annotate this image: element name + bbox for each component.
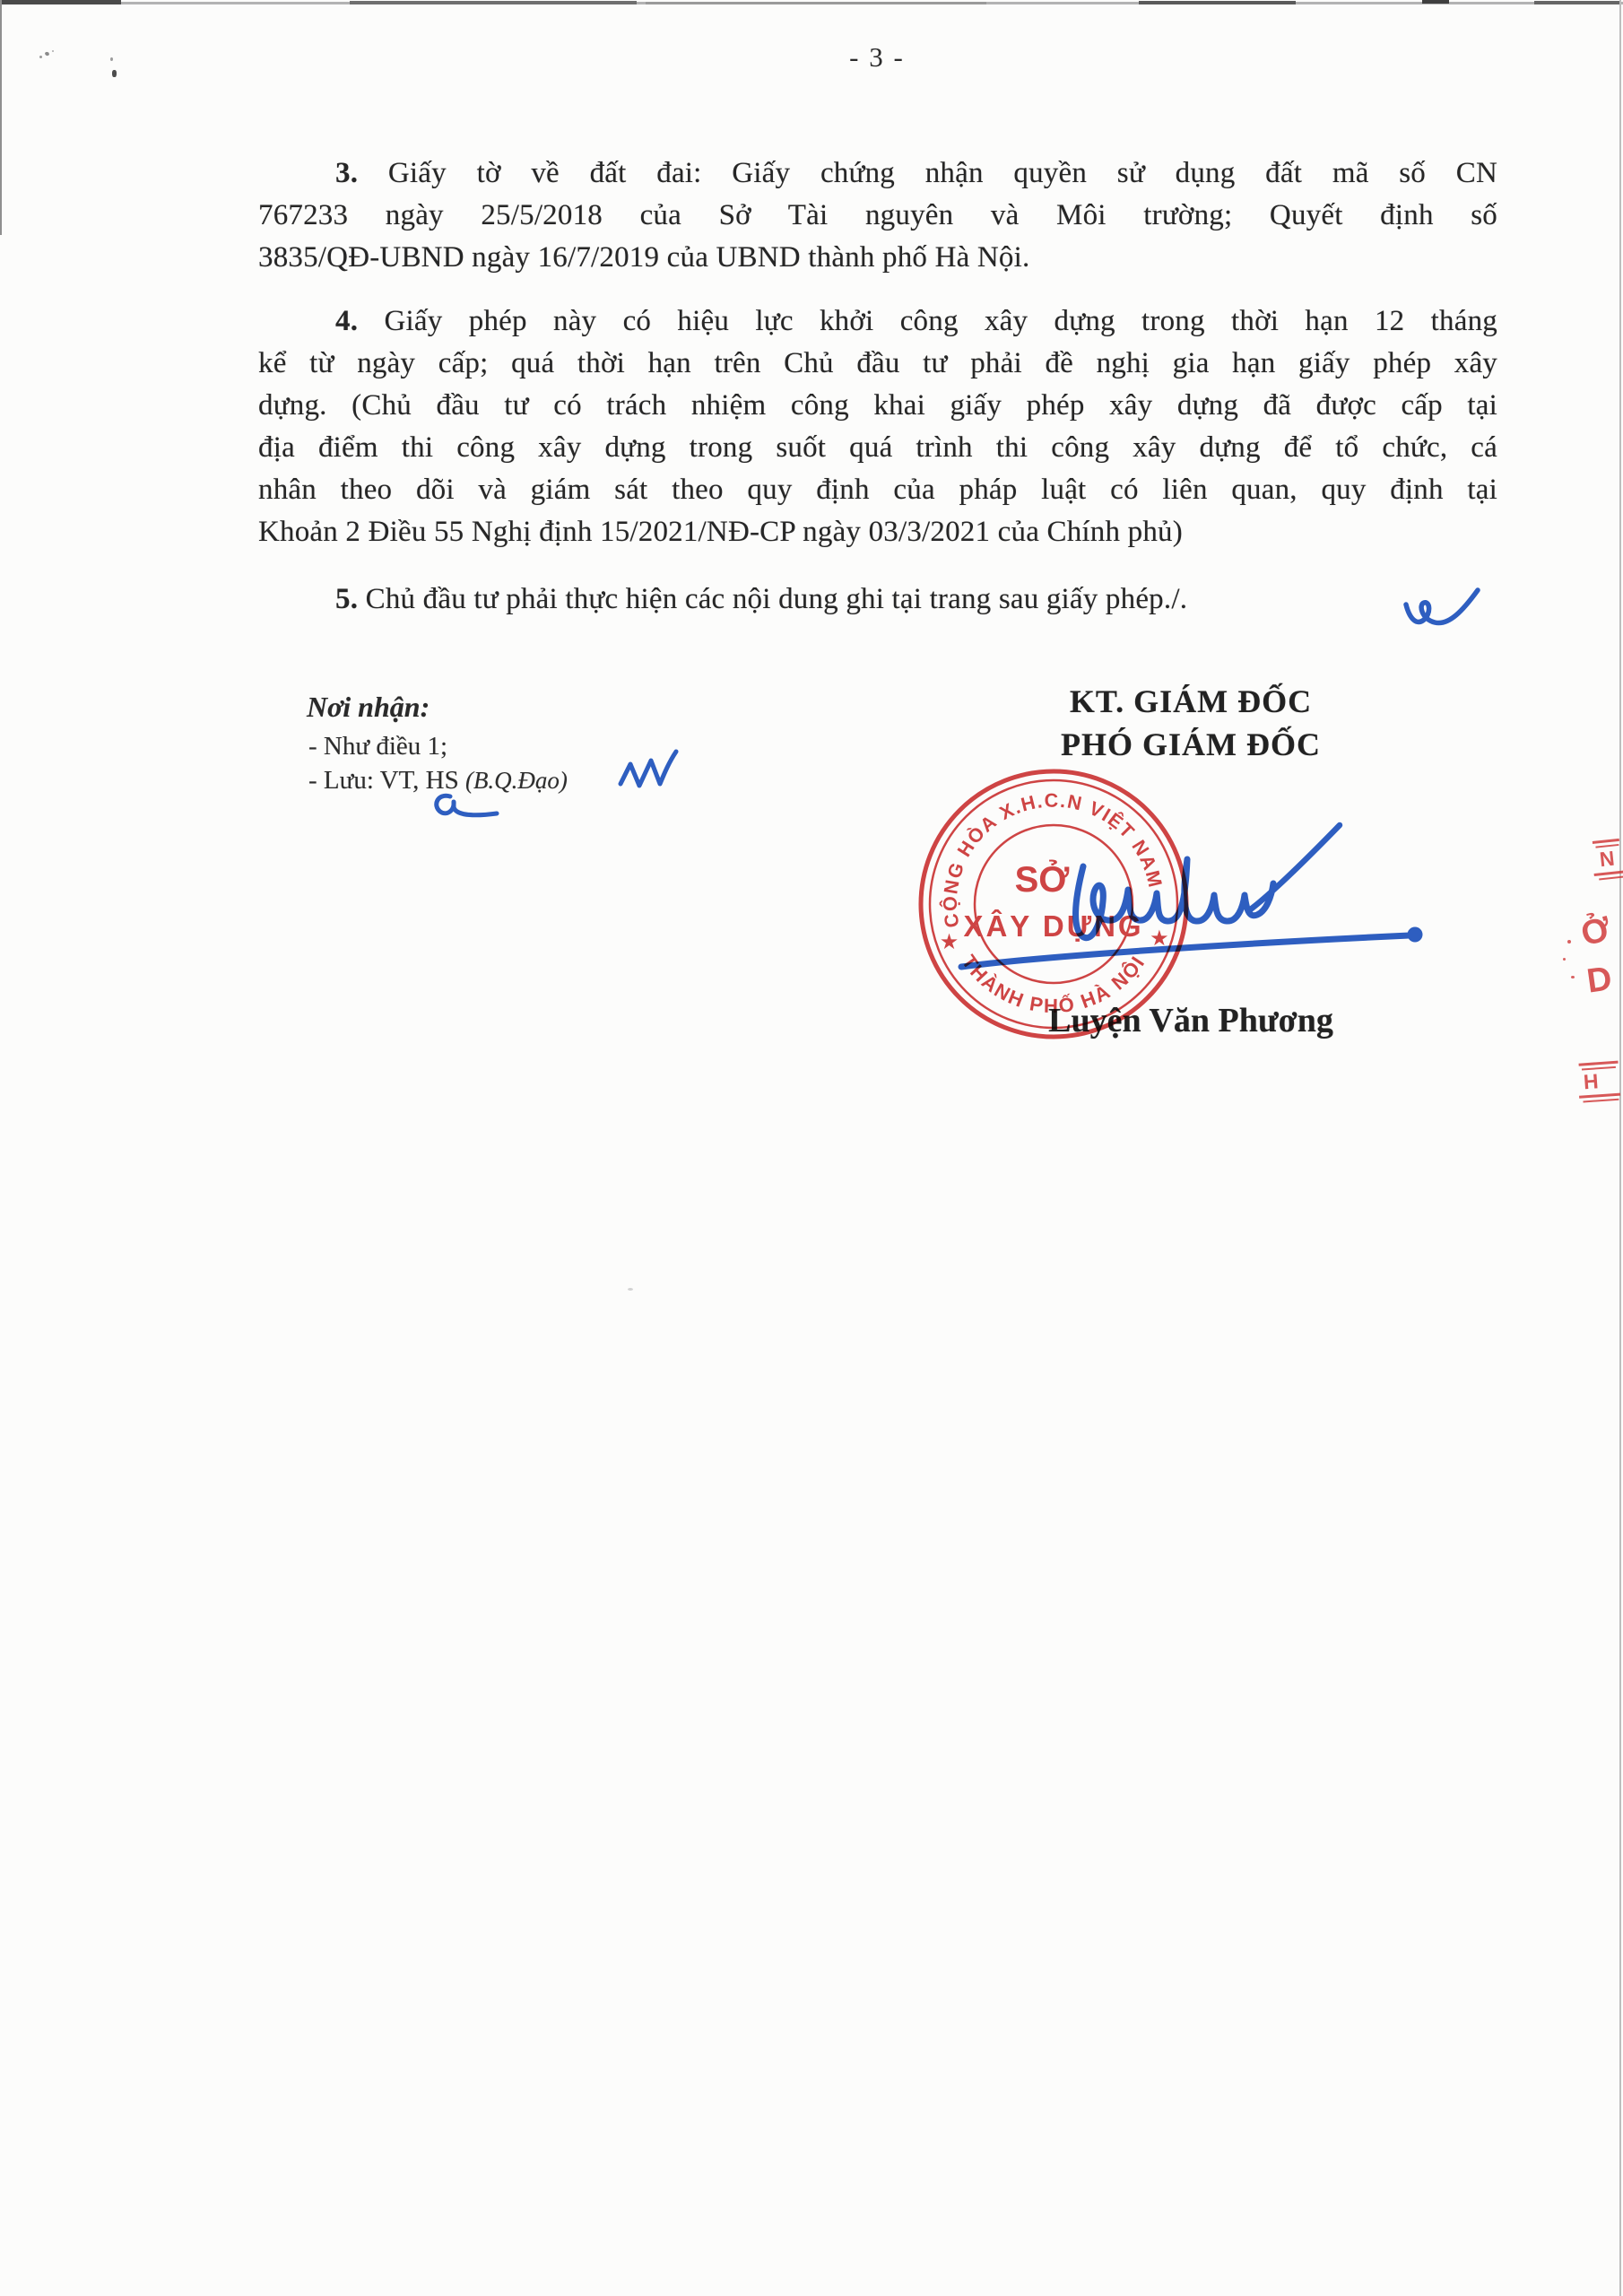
body-line: Khoản 2 Điều 55 Nghị định 15/2021/NĐ-CP …: [258, 511, 1497, 553]
scan-speck: [628, 1288, 633, 1291]
pen-check-mark: [1397, 581, 1482, 637]
scan-edge-left: [0, 0, 2, 235]
edge-stamp-fragment-letter: Ở: [1577, 909, 1616, 954]
paragraph-3: 3. Giấy tờ về đất đai: Giấy chứng nhận q…: [258, 152, 1497, 279]
body-line: nhân theo dõi và giám sát theo quy định …: [258, 469, 1497, 511]
scan-speck: [110, 57, 113, 61]
paragraph-5: 5. Chủ đầu tư phải thực hiện các nội dun…: [258, 578, 1497, 621]
scan-edge-right: [1619, 0, 1621, 2296]
paragraph-4: 4. Giấy phép này có hiệu lực khởi công x…: [258, 300, 1497, 553]
body-line: 3. Giấy tờ về đất đai: Giấy chứng nhận q…: [258, 152, 1497, 195]
edge-stamp-fragment-bottom: H: [1577, 1060, 1623, 1103]
recipients-title: Nơi nhận:: [307, 691, 430, 724]
body-line: kể từ ngày cấp; quá thời hạn trên Chủ đầ…: [258, 343, 1497, 385]
stamp-fragment-line: [1579, 1093, 1620, 1099]
scan-speck: [112, 70, 117, 77]
edge-stamp-fragment-letter: D: [1584, 960, 1614, 1001]
pen-underline-mark: [429, 789, 504, 825]
body-line: 5. Chủ đầu tư phải thực hiện các nội dun…: [258, 578, 1497, 621]
stamp-fragment-line: [1593, 839, 1619, 844]
stamp-fragment-dot: [1571, 976, 1575, 978]
stamp-fragment-dot: [1563, 958, 1566, 961]
body-line: 767233 ngày 25/5/2018 của Sở Tài nguyên …: [258, 195, 1497, 237]
body-line: 4. Giấy phép này có hiệu lực khởi công x…: [258, 300, 1497, 343]
body-line: địa điểm thi công xây dựng trong suốt qu…: [258, 427, 1497, 469]
scan-speck: [44, 51, 49, 57]
signer-title-line2: PHÓ GIÁM ĐỐC: [1011, 723, 1370, 766]
scan-artifact: [0, 0, 121, 4]
body-line: 3835/QĐ-UBND ngày 16/7/2019 của UBND thà…: [258, 237, 1497, 279]
stamp-fragment-line: [1583, 1099, 1619, 1103]
signature-ink: [933, 787, 1453, 1003]
edge-stamp-fragment-top: N: [1589, 838, 1623, 881]
stamp-fragment-dot: [1567, 940, 1571, 944]
body-line: dựng. (Chủ đầu tư có trách nhiệm công kh…: [258, 385, 1497, 427]
stamp-fragment-line: [1594, 870, 1623, 876]
stamp-fragment-letter: N: [1599, 845, 1623, 871]
signer-title-line1: KT. GIÁM ĐỐC: [1011, 680, 1370, 723]
document-body: 3. Giấy tờ về đất đai: Giấy chứng nhận q…: [258, 0, 1497, 682]
document-page: - 3 - 3. Giấy tờ về đất đai: Giấy chứng …: [0, 0, 1623, 2296]
recipients-item-1: - Như điều 1;: [308, 732, 447, 761]
scan-artifact: [1534, 1, 1619, 4]
pen-initials-mark: [615, 746, 680, 798]
stamp-fragment-line: [1579, 1061, 1619, 1066]
stamp-fragment-letter: H: [1583, 1067, 1623, 1093]
scan-speck: [39, 56, 42, 58]
scan-speck: [52, 50, 54, 52]
